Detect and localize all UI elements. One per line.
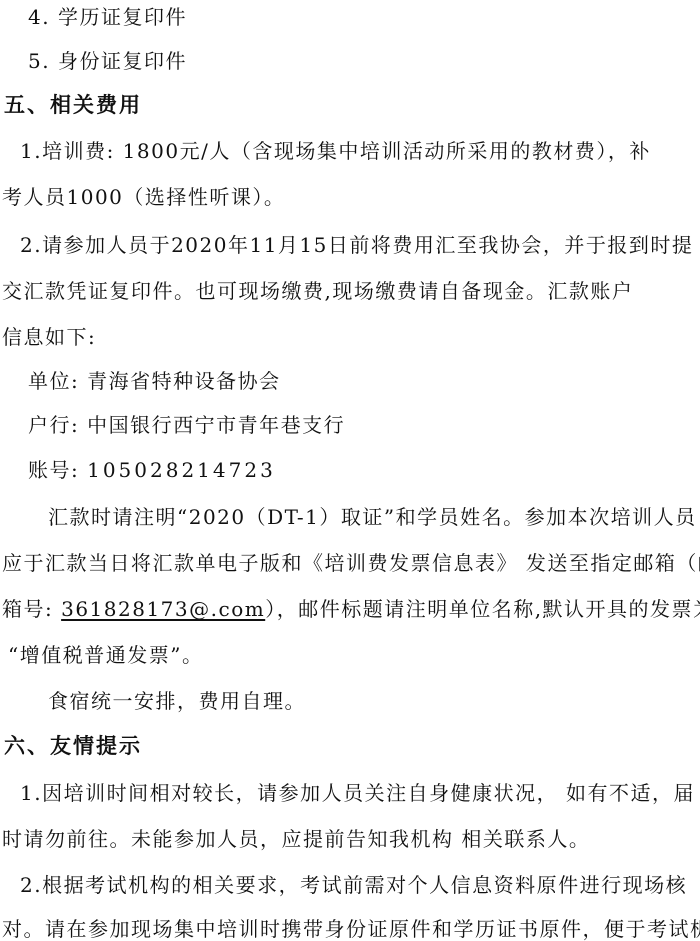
account-number-label: 账号: [28,458,79,482]
list-number: 4. [28,5,50,29]
account-unit-value: 青海省特种设备协会 [87,369,281,393]
list-number: 5. [28,49,50,73]
email-suffix: ），邮件标题请注明单位名称,默认开具的发票为 [265,597,700,621]
fee-item-2-line-2: 交汇款凭证复印件。也可现场缴费,现场缴费请自备现金。汇款账户 [2,276,633,306]
list-text: 学历证复印件 [58,5,187,29]
account-unit: 单位: 青海省特种设备协会 [28,366,281,396]
account-number-value: 105028214723 [87,458,276,482]
fee-item-1-line-2: 考人员1000（选择性听课）。 [2,182,285,212]
account-number: 账号: 105028214723 [28,455,276,485]
account-unit-label: 单位: [28,369,79,393]
tip-item-1-line-1: 1.因培训时间相对较长，请参加人员关注自身健康状况， 如有不适，届 [20,778,695,808]
lodging-note: 食宿统一安排，费用自理。 [48,686,306,716]
fee-item-2-line-3: 信息如下: [2,322,96,352]
section-heading-tips: 六、友情提示 [4,731,142,761]
list-item-id-card: 5. 身份证复印件 [28,46,187,76]
fee-item-2-line-1: 2.请参加人员于2020年11月15日前将费用汇至我协会，并于报到时提 [20,230,693,260]
payment-note-line-4: “增值税普通发票”。 [8,640,203,670]
email-link[interactable]: 361828173@.com [61,597,265,621]
payment-note-line-1: 汇款时请注明“2020（DT-1）取证”和学员姓名。参加本次培训人员 [48,502,697,532]
account-bank: 户行: 中国银行西宁市青年巷支行 [28,410,345,440]
tip-item-2-line-1: 2.根据考试机构的相关要求，考试前需对个人信息资料原件进行现场核 [20,870,687,900]
account-bank-value: 中国银行西宁市青年巷支行 [87,413,345,437]
section-heading-fees: 五、相关费用 [4,90,142,120]
email-label: 箱号: [2,597,61,621]
fee-item-1-line-1: 1.培训费: 1800元/人（含现场集中培训活动所采用的教材费），补 [20,136,651,166]
payment-note-line-2: 应于汇款当日将汇款单电子版和《培训费发票信息表》 发送至指定邮箱（邮 [2,548,700,578]
account-bank-label: 户行: [28,413,79,437]
tip-item-2-line-2: 对。请在参加现场集中培训时携带身份证原件和学历证书原件，便于考试机 [2,914,700,941]
payment-note-line-3: 箱号: 361828173@.com），邮件标题请注明单位名称,默认开具的发票为 [2,594,700,624]
list-item-education-certificate: 4. 学历证复印件 [28,2,187,32]
tip-item-1-line-2: 时请勿前往。未能参加人员，应提前告知我机构 相关联系人。 [2,824,590,854]
list-text: 身份证复印件 [58,49,187,73]
